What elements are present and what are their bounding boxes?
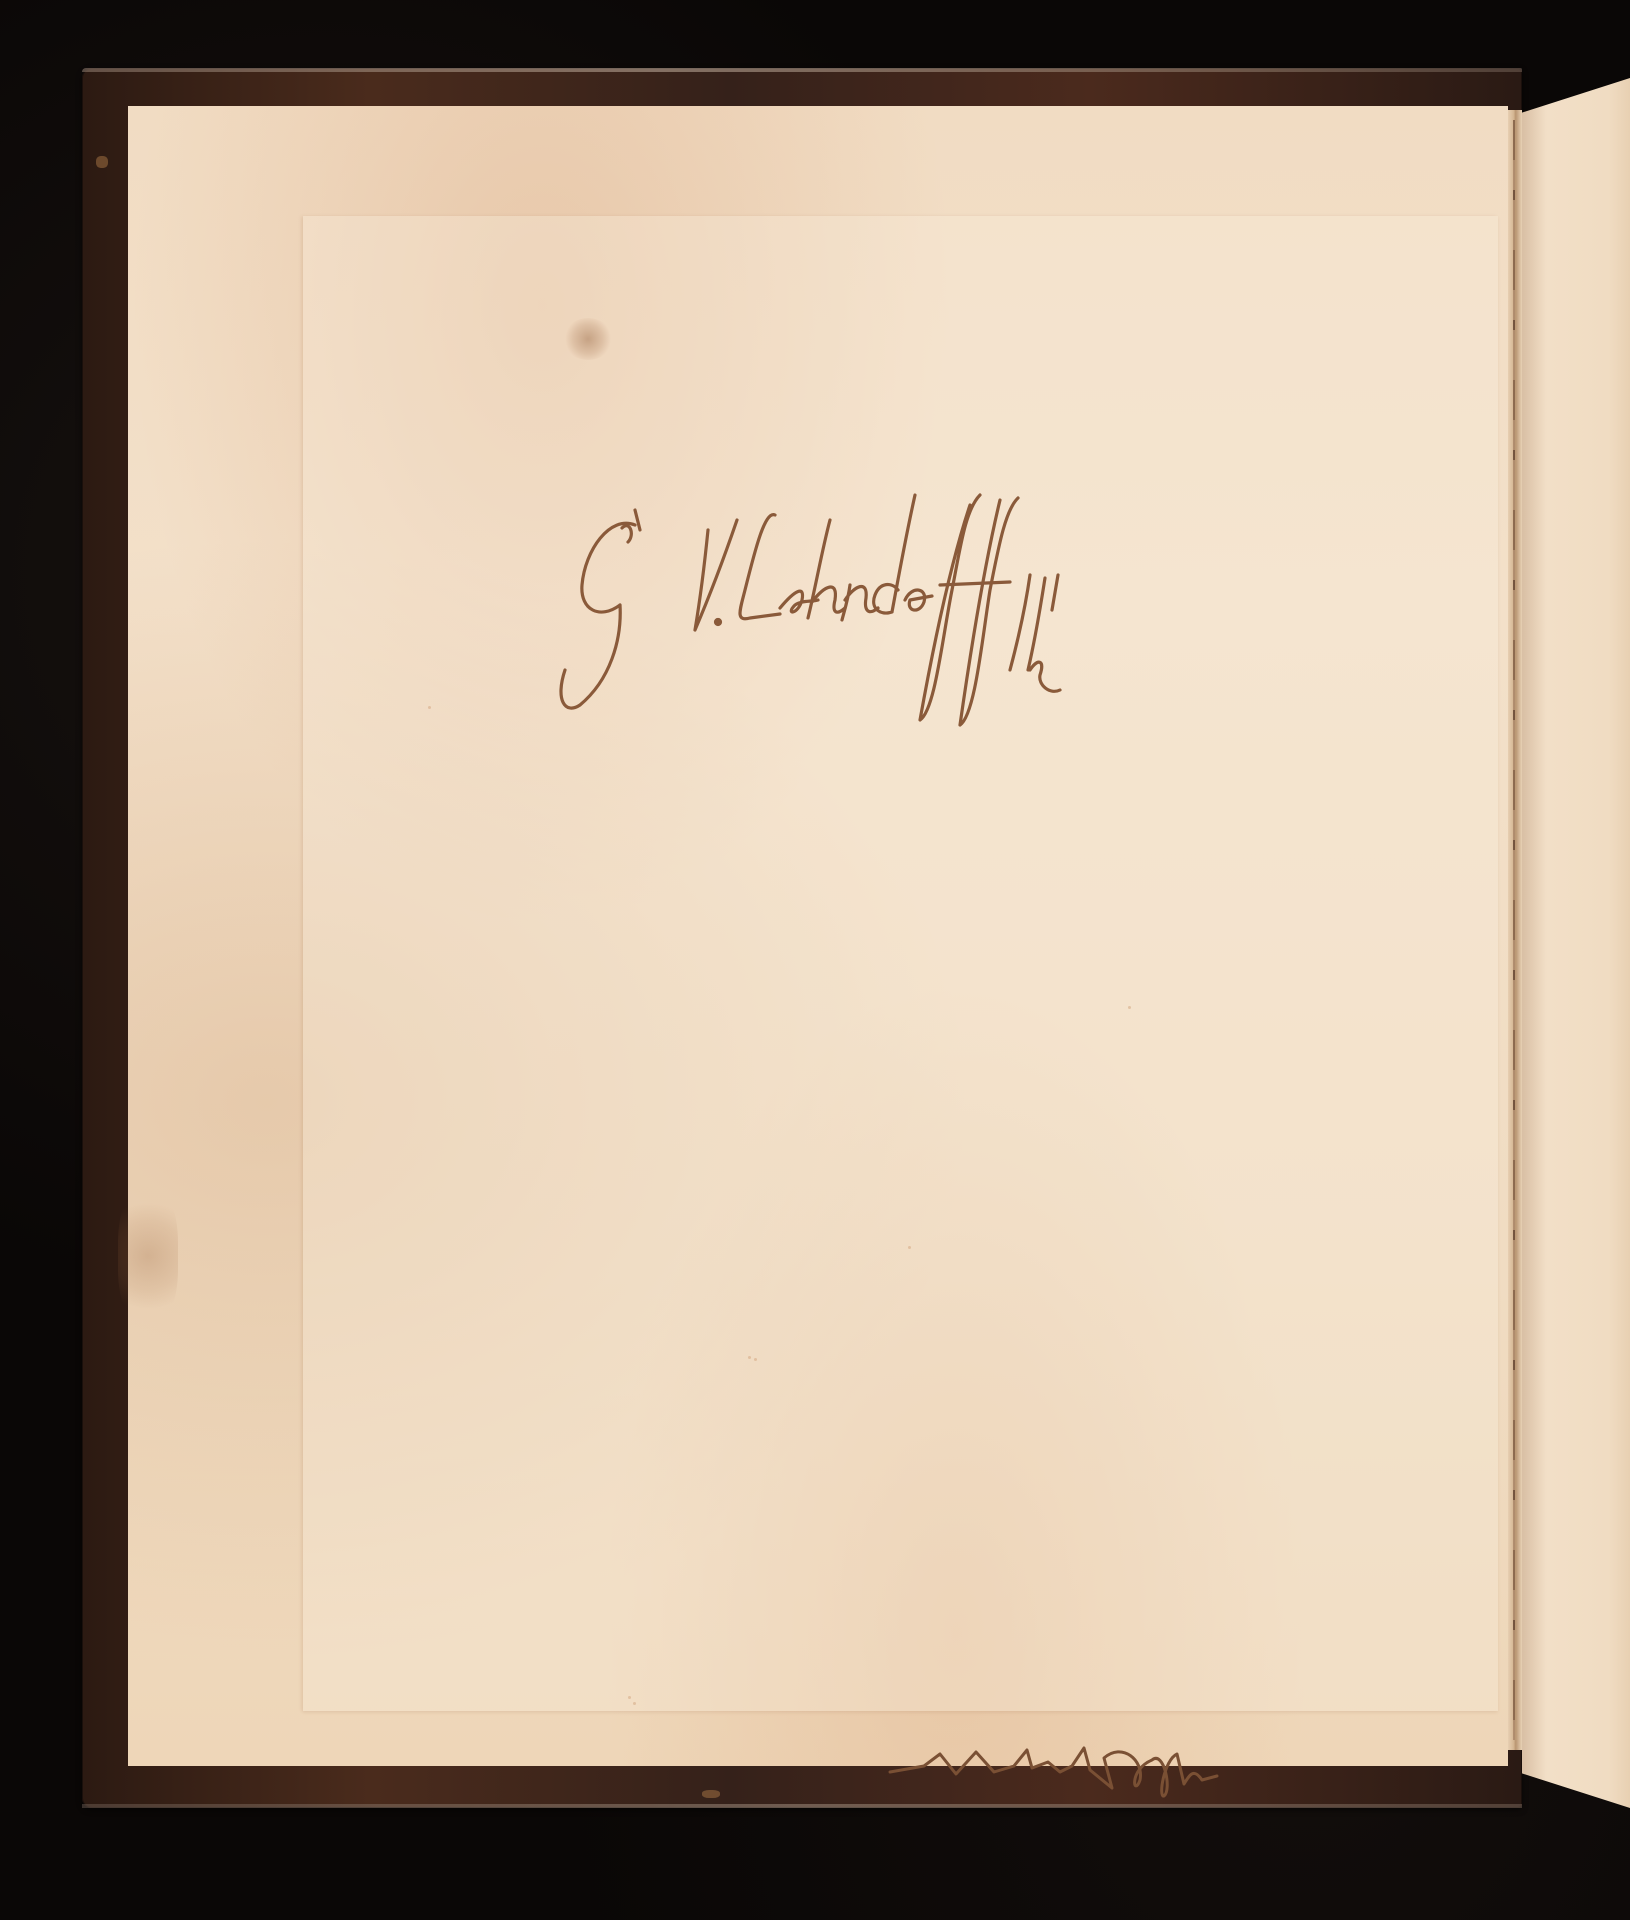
foxing-spot: [908, 1246, 911, 1249]
ink-blot: [563, 318, 613, 360]
foxing-spot: [633, 1702, 636, 1705]
gutter-hinge: [1508, 110, 1522, 1750]
foxing-spot: [748, 1356, 751, 1359]
foxing-spot: [428, 706, 431, 709]
facing-flyleaf: [1522, 78, 1630, 1808]
foxing-spot: [754, 1358, 757, 1361]
scribble-stroke: [872, 1740, 1232, 1810]
bottom-pen-scribble: illegible pen trial scribble: [872, 1740, 1232, 1810]
foxing-spot: [1128, 1006, 1131, 1009]
water-stain: [118, 1186, 178, 1326]
handwriting-signature: [540, 490, 1220, 730]
hinge-crack: [1513, 120, 1515, 1740]
foxing-spot: [628, 1696, 631, 1699]
leather-wear-spot: [96, 156, 108, 168]
pastedown-paper: [128, 106, 1508, 1766]
leather-wear-spot: [702, 1790, 720, 1798]
ownership-inscription: G V. Lehndorff: [540, 490, 1220, 730]
